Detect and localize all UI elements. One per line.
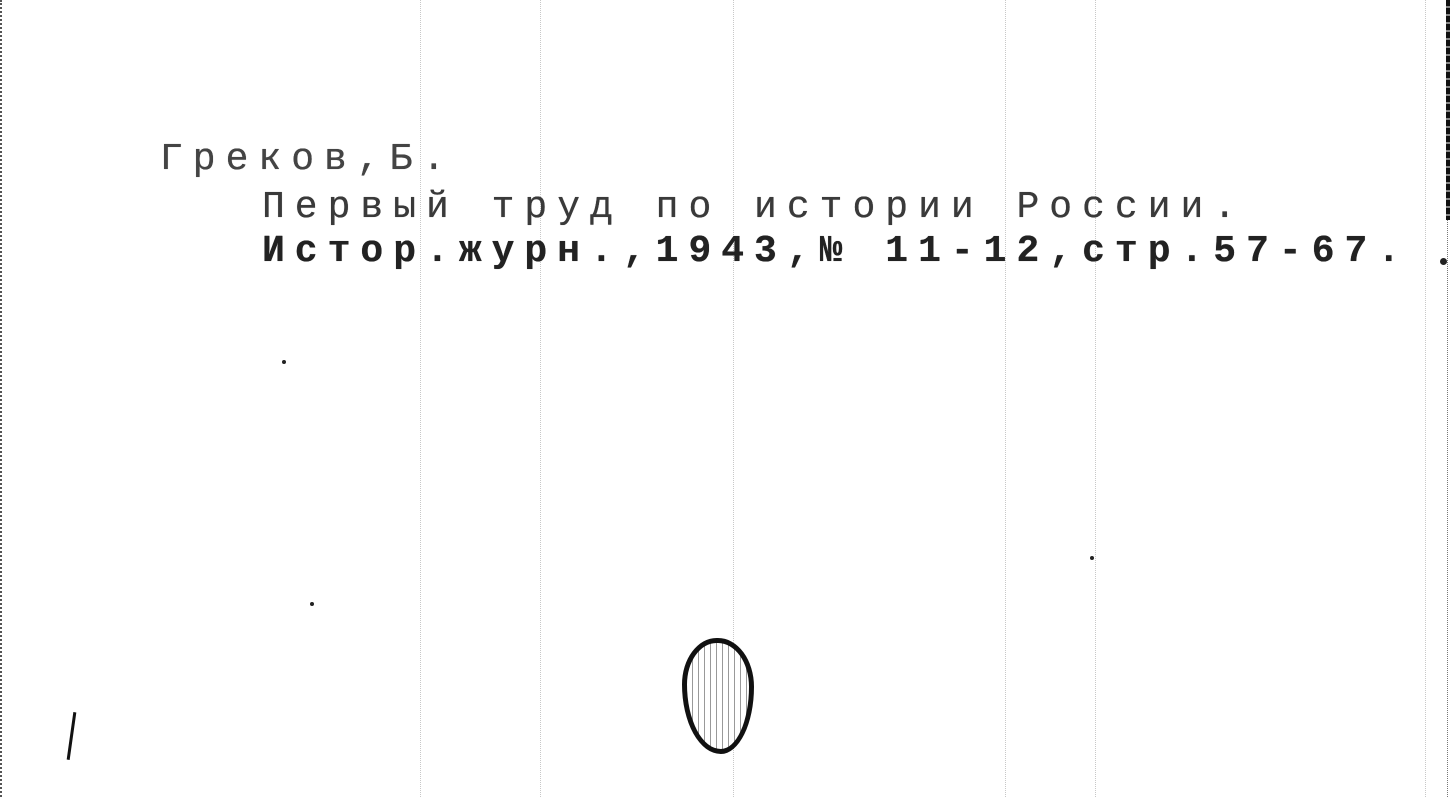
scan-streak [1095, 0, 1096, 797]
card-right-edge-lower [1447, 220, 1448, 797]
scan-streak [540, 0, 541, 797]
card-right-edge [1446, 0, 1450, 220]
pen-mark [67, 712, 77, 760]
ink-speck [310, 602, 314, 606]
ink-speck [1440, 258, 1447, 265]
card-author: Греков,Б. [160, 140, 455, 180]
catalog-card: Греков,Б. Первый труд по истории России.… [0, 0, 1453, 797]
ink-speck [282, 360, 286, 364]
scan-streak [1005, 0, 1006, 797]
ink-speck [1090, 556, 1094, 560]
scan-streak [420, 0, 421, 797]
card-left-edge [0, 0, 4, 797]
punch-hole [682, 638, 754, 754]
card-title: Первый труд по истории России. [262, 188, 1246, 228]
card-source: Истор.журн.,1943,№ 11-12,стр.57-67. [262, 232, 1410, 272]
scan-streak [1425, 0, 1426, 797]
